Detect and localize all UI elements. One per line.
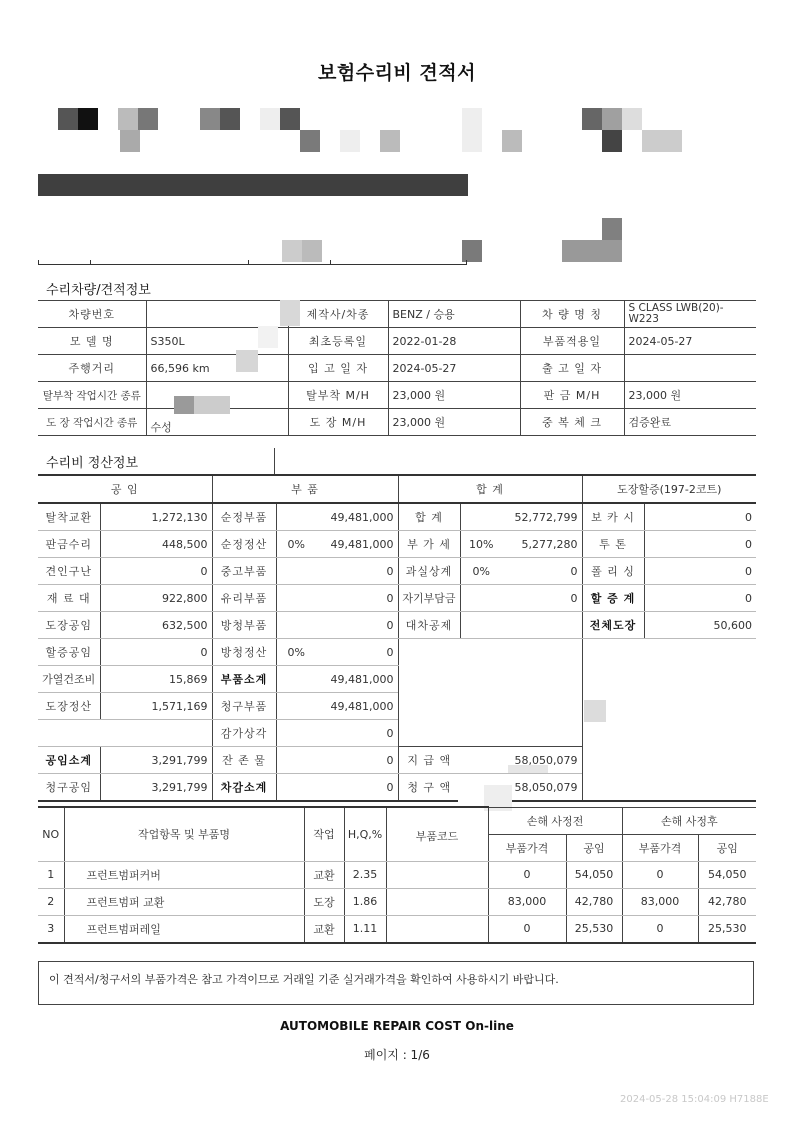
value: 1,571,169 xyxy=(100,693,212,720)
value: 검증완료 xyxy=(624,409,756,436)
label xyxy=(38,720,212,747)
before-part-price: 83,000 xyxy=(488,888,566,915)
value xyxy=(502,612,582,639)
vehicle-info-title: 수리차량/견적정보 xyxy=(38,279,151,298)
header-labor: 공임 xyxy=(698,834,756,861)
value: 3,291,799 xyxy=(100,774,212,802)
header-divider xyxy=(38,264,466,265)
percent xyxy=(276,693,316,720)
work-type: 교환 xyxy=(304,861,344,888)
label: 도장공임 xyxy=(38,612,100,639)
value: 2024-05-27 xyxy=(624,328,756,355)
settlement-row: 탈착교환 1,272,130 순정부품 49,481,000 합 계 52,77… xyxy=(38,503,756,531)
value: 3,291,799 xyxy=(100,747,212,774)
label: 차량번호 xyxy=(38,301,146,328)
vehicle-row: 모 델 명 S350L 최초등록일 2022-01-28 부품적용일 2024-… xyxy=(38,328,756,355)
before-part-price: 0 xyxy=(488,915,566,943)
part-code xyxy=(386,888,488,915)
value: 0 xyxy=(316,747,398,774)
label: 판 금 M/H xyxy=(520,382,624,409)
after-labor: 42,780 xyxy=(698,888,756,915)
percent: 0% xyxy=(276,531,316,558)
settlement-row: 도장공임 632,500 방청부품 0 대차공제 전체도장 50,600 xyxy=(38,612,756,639)
header-total: 합 계 xyxy=(398,475,582,503)
value: 2024-05-27 xyxy=(388,355,520,382)
settlement-header-row: 공 임 부 품 합 계 도장할증(197-2코트) xyxy=(38,475,756,503)
before-labor: 42,780 xyxy=(566,888,622,915)
value: 49,481,000 xyxy=(316,503,398,531)
settlement-title: 수리비 정산정보 xyxy=(38,448,274,471)
value: 23,000 원 xyxy=(624,382,756,409)
value: 52,772,799 xyxy=(502,503,582,531)
before-labor: 25,530 xyxy=(566,915,622,943)
percent xyxy=(276,612,316,639)
percent xyxy=(276,558,316,585)
settlement-row: 할증공임 0 방청정산 0% 0 xyxy=(38,639,756,666)
header-code: 부품코드 xyxy=(386,807,488,861)
value: 448,500 xyxy=(100,531,212,558)
value xyxy=(146,301,288,328)
header-hq: H,Q,% xyxy=(344,807,386,861)
after-part-price: 0 xyxy=(622,861,698,888)
work-item-row: 2 프런트범퍼 교환 도장 1.86 83,000 42,780 83,000 … xyxy=(38,888,756,915)
print-timestamp: 2024-05-28 15:04:09 H7188E xyxy=(620,1094,769,1105)
label: 도장정산 xyxy=(38,693,100,720)
hq-value: 1.86 xyxy=(344,888,386,915)
value: 0 xyxy=(502,558,582,585)
label: 청구부품 xyxy=(212,693,276,720)
value: 1,272,130 xyxy=(100,503,212,531)
value: 0 xyxy=(644,585,756,612)
work-type: 교환 xyxy=(304,915,344,943)
row-no: 2 xyxy=(38,888,64,915)
value: 0 xyxy=(644,531,756,558)
percent xyxy=(276,503,316,531)
value: 0 xyxy=(502,585,582,612)
header-item: 작업항목 및 부품명 xyxy=(64,807,304,861)
percent: 10% xyxy=(460,531,502,558)
claim-label: 청 구 액 xyxy=(398,774,460,802)
label: 탈착교환 xyxy=(38,503,100,531)
percent xyxy=(460,612,502,639)
label: 모 델 명 xyxy=(38,328,146,355)
value: 0 xyxy=(644,558,756,585)
label: 중 복 체 크 xyxy=(520,409,624,436)
label: 청구공임 xyxy=(38,774,100,802)
value: 0 xyxy=(316,558,398,585)
label: 방청정산 xyxy=(212,639,276,666)
hq-value: 1.11 xyxy=(344,915,386,943)
label: 할증공임 xyxy=(38,639,100,666)
value: 922,800 xyxy=(100,585,212,612)
header-no: NO xyxy=(38,807,64,861)
label: 중고부품 xyxy=(212,558,276,585)
label: 합 계 xyxy=(398,503,460,531)
value: 49,481,000 xyxy=(316,666,398,693)
label: 자기부담금 xyxy=(398,585,460,612)
header-after-adjust: 손해 사정후 xyxy=(622,807,756,834)
label: 부품소계 xyxy=(212,666,276,693)
after-labor: 25,530 xyxy=(698,915,756,943)
percent xyxy=(276,774,316,802)
value: 0 xyxy=(316,720,398,747)
label: 폴 리 싱 xyxy=(582,558,644,585)
label: 방청부품 xyxy=(212,612,276,639)
settlement-title-box: 수리비 정산정보 xyxy=(38,448,275,474)
header-before-adjust: 손해 사정전 xyxy=(488,807,622,834)
page-indicator: 페이지 : 1/6 xyxy=(0,1046,794,1063)
settlement-table: 공 임 부 품 합 계 도장할증(197-2코트) 탈착교환 1,272,130… xyxy=(38,474,756,802)
footer-brand: AUTOMOBILE REPAIR COST On-line xyxy=(0,1019,794,1033)
percent xyxy=(276,720,316,747)
work-items-table: NO 작업항목 및 부품명 작업 H,Q,% 부품코드 손해 사정전 손해 사정… xyxy=(38,806,756,944)
label: 할 증 계 xyxy=(582,585,644,612)
label: 도 장 작업시간 종류 xyxy=(38,409,146,436)
price-notice: 이 견적서/청구서의 부품가격은 참고 가격이므로 거래일 기준 실거래가격을 … xyxy=(38,961,754,1005)
item-name: 프런트범퍼커버 xyxy=(64,861,304,888)
label: 탈부착 M/H xyxy=(288,382,388,409)
label: 부 가 세 xyxy=(398,531,460,558)
value: 0 xyxy=(644,503,756,531)
percent xyxy=(276,666,316,693)
label: 대차공제 xyxy=(398,612,460,639)
settlement-row: 견인구난 0 중고부품 0 과실상계 0% 0 폴 리 싱 0 xyxy=(38,558,756,585)
label: 주행거리 xyxy=(38,355,146,382)
item-name: 프런트범퍼레일 xyxy=(64,915,304,943)
label: 전체도장 xyxy=(582,612,644,639)
label: 부품적용일 xyxy=(520,328,624,355)
label: 감가상각 xyxy=(212,720,276,747)
label: 탈부착 작업시간 종류 xyxy=(38,382,146,409)
after-part-price: 83,000 xyxy=(622,888,698,915)
value: 15,869 xyxy=(100,666,212,693)
label: 최초등록일 xyxy=(288,328,388,355)
label: 순정부품 xyxy=(212,503,276,531)
value: 66,596 km xyxy=(146,355,288,382)
percent: 0% xyxy=(276,639,316,666)
label: 차 량 명 칭 xyxy=(520,301,624,328)
percent xyxy=(460,585,502,612)
value: 23,000 원 xyxy=(388,382,520,409)
header-parts: 부 품 xyxy=(212,475,398,503)
document-title: 보험수리비 견적서 xyxy=(0,58,794,85)
label: 투 톤 xyxy=(582,531,644,558)
payment-label: 지 급 액 xyxy=(398,747,460,774)
before-labor: 54,050 xyxy=(566,861,622,888)
percent xyxy=(276,747,316,774)
vehicle-row: 주행거리 66,596 km 입 고 일 자 2024-05-27 출 고 일 … xyxy=(38,355,756,382)
settlement-row: 판금수리 448,500 순정정산 0% 49,481,000 부 가 세 10… xyxy=(38,531,756,558)
header-paint-surcharge: 도장할증(197-2코트) xyxy=(582,475,756,503)
before-part-price: 0 xyxy=(488,861,566,888)
header-work: 작업 xyxy=(304,807,344,861)
label: 판금수리 xyxy=(38,531,100,558)
item-name: 프런트범퍼 교환 xyxy=(64,888,304,915)
label: 순정정산 xyxy=(212,531,276,558)
redacted-bar xyxy=(38,174,468,196)
value: 0 xyxy=(316,612,398,639)
header-part-price: 부품가격 xyxy=(622,834,698,861)
work-type: 도장 xyxy=(304,888,344,915)
label: 제작사/차종 xyxy=(288,301,388,328)
label: 재 료 대 xyxy=(38,585,100,612)
value: 2022-01-28 xyxy=(388,328,520,355)
label: 과실상계 xyxy=(398,558,460,585)
percent xyxy=(276,585,316,612)
value: 632,500 xyxy=(100,612,212,639)
vehicle-row: 탈부착 작업시간 종류 탈부착 M/H 23,000 원 판 금 M/H 23,… xyxy=(38,382,756,409)
value: 5,277,280 xyxy=(502,531,582,558)
label: 도 장 M/H xyxy=(288,409,388,436)
row-no: 1 xyxy=(38,861,64,888)
value: 0 xyxy=(100,639,212,666)
value: 0 xyxy=(316,639,398,666)
row-no: 3 xyxy=(38,915,64,943)
empty-cell xyxy=(398,639,582,747)
label: 가열건조비 xyxy=(38,666,100,693)
work-header-row: NO 작업항목 및 부품명 작업 H,Q,% 부품코드 손해 사정전 손해 사정… xyxy=(38,807,756,834)
work-item-row: 1 프런트범퍼커버 교환 2.35 0 54,050 0 54,050 xyxy=(38,861,756,888)
percent xyxy=(460,503,502,531)
value: BENZ / 승용 xyxy=(388,301,520,328)
value: 50,600 xyxy=(644,612,756,639)
label: 공임소계 xyxy=(38,747,100,774)
value: S CLASS LWB(20)-W223 xyxy=(624,301,756,328)
header-labor: 공 임 xyxy=(38,475,212,503)
work-item-row: 3 프런트범퍼레일 교환 1.11 0 25,530 0 25,530 xyxy=(38,915,756,943)
vehicle-info-table: 차량번호 제작사/차종 BENZ / 승용 차 량 명 칭 S CLASS LW… xyxy=(38,300,756,436)
settlement-row: 재 료 대 922,800 유리부품 0 자기부담금 0 할 증 계 0 xyxy=(38,585,756,612)
header-labor: 공임 xyxy=(566,834,622,861)
after-labor: 54,050 xyxy=(698,861,756,888)
value: 49,481,000 xyxy=(316,531,398,558)
part-code xyxy=(386,915,488,943)
label: 유리부품 xyxy=(212,585,276,612)
label: 출 고 일 자 xyxy=(520,355,624,382)
label: 차감소계 xyxy=(212,774,276,802)
value xyxy=(624,355,756,382)
percent: 0% xyxy=(460,558,502,585)
hq-value: 2.35 xyxy=(344,861,386,888)
value: 0 xyxy=(316,585,398,612)
value: 23,000 원 xyxy=(388,409,520,436)
after-part-price: 0 xyxy=(622,915,698,943)
value: 0 xyxy=(100,558,212,585)
label: 입 고 일 자 xyxy=(288,355,388,382)
vehicle-row: 도 장 작업시간 종류 수성 도 장 M/H 23,000 원 중 복 체 크 … xyxy=(38,409,756,436)
header-part-price: 부품가격 xyxy=(488,834,566,861)
part-code xyxy=(386,861,488,888)
label: 견인구난 xyxy=(38,558,100,585)
label: 잔 존 물 xyxy=(212,747,276,774)
value: 0 xyxy=(316,774,398,802)
label: 보 카 시 xyxy=(582,503,644,531)
value: 49,481,000 xyxy=(316,693,398,720)
vehicle-row: 차량번호 제작사/차종 BENZ / 승용 차 량 명 칭 S CLASS LW… xyxy=(38,301,756,328)
empty-cell xyxy=(582,639,756,802)
